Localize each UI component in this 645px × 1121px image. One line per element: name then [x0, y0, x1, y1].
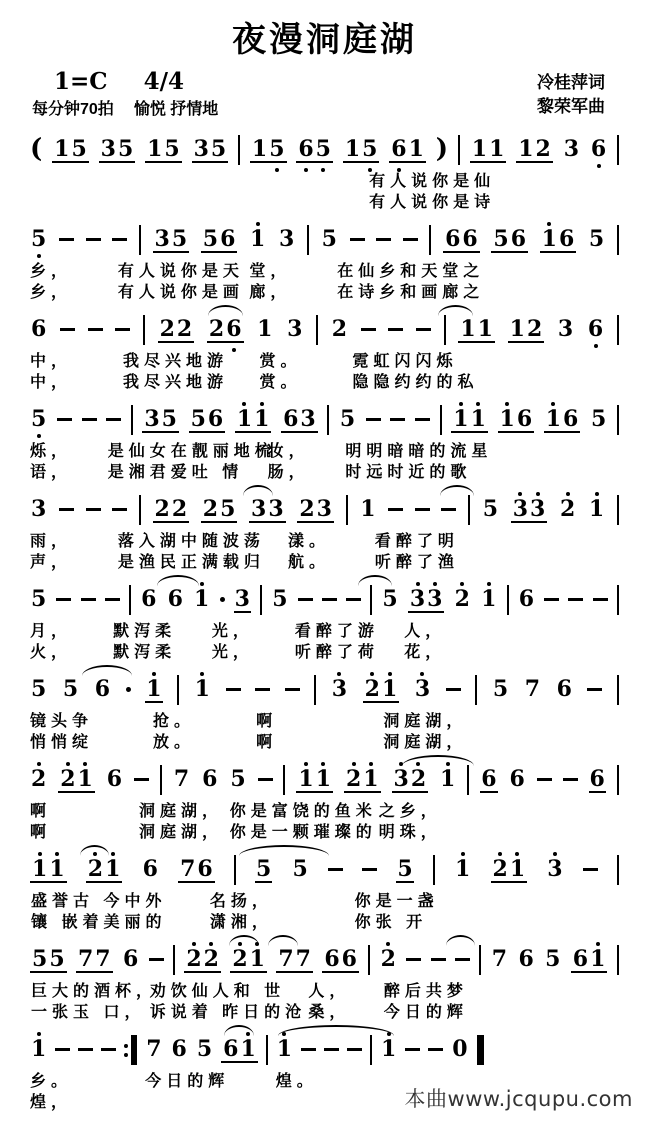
octave-dot-above	[200, 672, 204, 676]
octave-dot-above	[370, 672, 374, 676]
note-digit: 1	[49, 858, 64, 880]
note: 3	[426, 588, 443, 610]
duration-dash	[59, 508, 74, 511]
note: 5	[31, 948, 48, 970]
note-digit: 1	[360, 498, 375, 520]
lyric-segment: 乡。	[30, 1071, 72, 1092]
octave-dot-above	[515, 852, 519, 856]
note-digit: 3	[155, 228, 170, 250]
note: 1	[239, 1038, 256, 1060]
beam-group: 65	[296, 138, 333, 163]
note-digit: 5	[31, 588, 46, 610]
note: 6	[341, 948, 358, 970]
beam-group: 76	[178, 858, 215, 883]
barline	[327, 405, 329, 435]
note-digit: 6	[509, 768, 524, 790]
lyric-segment: 雨，	[30, 531, 72, 552]
note: 2	[171, 498, 188, 520]
note-digit: 2	[60, 768, 75, 790]
beam-group: 26	[207, 318, 244, 343]
note: 5	[381, 588, 398, 610]
note-digit: 1	[460, 318, 475, 340]
duration-dash	[81, 598, 96, 601]
repeat-dot	[124, 1044, 128, 1048]
lyric-line: 语，是湘君爱吐 情肠，时远时近的歌	[30, 462, 619, 483]
note-digit: 6	[590, 768, 605, 790]
note-digit: 1	[316, 768, 331, 790]
note: 1	[477, 318, 494, 340]
lyric-line: 镜头争抢。啊洞庭湖，	[30, 711, 619, 732]
note: 1	[48, 858, 65, 880]
beam-group: 63	[281, 408, 318, 433]
octave-dot-above	[256, 222, 260, 226]
barline	[139, 495, 141, 525]
duration-dash	[388, 328, 403, 331]
slur	[239, 845, 329, 856]
beam-group: 22	[153, 498, 190, 523]
note: 3	[154, 228, 171, 250]
note: 3	[331, 678, 348, 700]
lyric-segment: 有人说你是天	[118, 261, 244, 282]
lyric-segment: 明明暗暗的流星	[345, 441, 492, 462]
note: 2	[185, 948, 202, 970]
note-digit: 1	[589, 498, 604, 520]
note-digit: 1	[345, 138, 360, 160]
note: 3	[316, 498, 333, 520]
lyric-segment: 是仙女在靓丽地梳	[108, 441, 276, 462]
beam-group: 56	[201, 228, 238, 253]
barline	[307, 225, 309, 255]
duration-dash	[101, 1048, 116, 1051]
note-digit: 2	[332, 318, 347, 340]
note-digit: 1	[471, 408, 486, 430]
note: 3	[512, 498, 529, 520]
lyric-segment: 洞庭湖，	[383, 711, 467, 732]
note: 3	[30, 498, 47, 520]
beam-group: 66	[443, 228, 480, 253]
slur	[243, 485, 273, 496]
octave-dot-above	[352, 762, 356, 766]
lyric-line: 啊洞庭湖，你是一颗璀璨的明珠，	[30, 822, 619, 843]
score-header: 1=C4/4 每分钟70拍愉悦 抒情地 冷桂萍词 黎荣军曲	[30, 69, 619, 125]
note-digit: 6	[511, 228, 526, 250]
barline	[617, 675, 619, 705]
note-digit: 6	[202, 768, 217, 790]
note-digit: 3	[427, 588, 442, 610]
lyric-segment: 听醉了渔	[375, 552, 459, 573]
lyric-segment: 有人说你是画	[118, 282, 244, 303]
beam-group: 56	[189, 408, 226, 433]
note-digit: 3	[31, 498, 46, 520]
note: 1	[145, 678, 162, 703]
slur	[157, 575, 199, 586]
lyric-segment: 啊	[30, 822, 51, 843]
duration-dash	[406, 958, 421, 961]
note: 5	[163, 138, 180, 160]
note-digit: 1	[31, 1038, 46, 1060]
duration-dash	[86, 508, 101, 511]
note-digit: 3	[194, 138, 209, 160]
note-digit: 3	[530, 498, 545, 520]
lyric-segment: 月，	[30, 621, 72, 642]
key-signature: 1=C	[54, 68, 108, 95]
duration-dash	[390, 418, 405, 421]
note-digit: 5	[293, 858, 308, 880]
note: 3	[409, 588, 426, 610]
lyric-segment: 花，	[404, 642, 446, 663]
beam-group: 21	[86, 858, 123, 883]
note-digit: 5	[31, 228, 46, 250]
beam-group: 35	[142, 408, 179, 433]
note: 1	[480, 588, 497, 610]
barline	[507, 585, 509, 615]
lyric-segment: 听醉了荷	[295, 642, 379, 663]
duration-dash	[78, 1048, 93, 1051]
note: 3	[267, 498, 284, 520]
note-digit: 3	[564, 138, 579, 160]
note: 3	[286, 318, 303, 340]
barline	[479, 945, 481, 975]
note: 2	[231, 948, 248, 970]
note: 6	[171, 1038, 188, 1060]
beam-group: 16	[544, 408, 581, 433]
octave-dot-above	[476, 402, 480, 406]
note-digit: 2	[172, 498, 187, 520]
barline	[617, 945, 619, 975]
lyric-segment: 镜头争	[30, 711, 93, 732]
octave-dot-above	[152, 672, 156, 676]
octave-dot-above	[433, 582, 437, 586]
note-digit: 5	[220, 498, 235, 520]
repeat-end-sign	[124, 1035, 137, 1065]
lyric-line: 悄悄绽放。啊洞庭湖，	[30, 732, 619, 753]
beam-group: 66	[322, 948, 359, 973]
barline	[234, 855, 236, 885]
repeat-barline	[131, 1035, 137, 1065]
note-digit: 2	[381, 948, 396, 970]
barline	[370, 585, 372, 615]
note-digit: 1	[489, 138, 504, 160]
note-digit: 2	[31, 768, 46, 790]
tempo-line: 每分钟70拍愉悦 抒情地	[32, 96, 619, 119]
lyric-line: 中，我尽兴地游赏。霓虹闪闪烁	[30, 351, 619, 372]
duration-dash	[428, 1048, 443, 1051]
duration-dash	[446, 688, 461, 691]
duration-dash	[112, 508, 127, 511]
note-digit: 3	[317, 498, 332, 520]
octave-dot-above	[596, 942, 600, 946]
barline	[129, 585, 131, 615]
duration-dash	[441, 508, 456, 511]
note-digit: 1	[250, 948, 265, 970]
rest-note: 0	[451, 1038, 468, 1060]
note: 1	[408, 138, 425, 160]
octave-dot-above	[460, 582, 464, 586]
music-line: 22167651121321666	[30, 755, 619, 801]
note: 1	[509, 858, 526, 880]
lyric-segment: 赏。	[260, 351, 302, 372]
lyric-segment: 落入湖中随波荡	[118, 531, 265, 552]
note-digit: 3	[558, 318, 573, 340]
music-line: 535561356656165	[30, 215, 619, 261]
note-digit: 5	[164, 138, 179, 160]
beam-group: 77	[276, 948, 313, 973]
note: 6	[390, 138, 407, 160]
lyricist-credit: 冷桂萍词	[537, 71, 605, 95]
note: 1	[194, 678, 211, 700]
barline	[475, 675, 477, 705]
duration-dash	[366, 418, 381, 421]
lyric-segment: 有人说你是仙	[369, 171, 495, 192]
note-digit: 1	[409, 138, 424, 160]
note-digit: 5	[211, 138, 226, 160]
duration-dash	[255, 688, 270, 691]
note-digit: 6	[123, 948, 138, 970]
note: 5	[30, 408, 47, 430]
note: 6	[558, 228, 575, 250]
note-digit: 6	[208, 408, 223, 430]
note: 2	[380, 948, 397, 970]
note: 2	[331, 318, 348, 340]
octave-dot-above	[37, 1032, 41, 1036]
slur	[446, 935, 476, 946]
music-line: 5577622217766276561	[30, 935, 619, 981]
note-digit: 3	[410, 588, 425, 610]
barline	[177, 675, 179, 705]
duration-dash	[134, 778, 149, 781]
repeat-dots	[124, 1044, 128, 1057]
duration-dash	[301, 1048, 316, 1051]
octave-dot-above	[111, 852, 115, 856]
note-digit: 6	[107, 768, 122, 790]
beam-group: 21	[491, 858, 528, 883]
note: 7	[524, 678, 541, 700]
duration-dash	[568, 598, 583, 601]
note-digit: 1	[590, 948, 605, 970]
note-digit: 1	[195, 678, 210, 700]
lyric-segment: 航。	[288, 552, 330, 573]
note: 1	[53, 138, 70, 160]
beam-group: 16	[498, 408, 535, 433]
note: 2	[345, 768, 362, 790]
beam-group: 55	[30, 948, 67, 973]
note: 7	[277, 948, 294, 970]
duration-dash	[55, 1048, 70, 1051]
note-digit: 3	[144, 408, 159, 430]
note-digit: 2	[232, 948, 247, 970]
note: 1	[517, 138, 534, 160]
lyric-segment: 看醉了游	[295, 621, 379, 642]
lyric-segment: 语，	[30, 462, 72, 483]
lyric-line: 火，默泻柔光，听醉了荷花，	[30, 642, 619, 663]
music-system-1: (1535153515651561)111236有人说你是仙有人说你是诗	[30, 125, 619, 213]
beam-group: 15	[145, 138, 182, 163]
note: 6	[562, 408, 579, 430]
note-digit: 6	[559, 228, 574, 250]
note-digit: 1	[250, 228, 265, 250]
duration-dash	[115, 328, 130, 331]
lyric-segment: 隐隐约约的私	[352, 372, 478, 393]
note: 5	[210, 138, 227, 160]
beam-group: 25	[201, 498, 238, 523]
beam-group: 11	[470, 138, 507, 163]
intro-paren: (	[30, 136, 42, 162]
octave-dot-above	[553, 852, 557, 856]
lyric-segment: 你是一盏	[355, 891, 439, 912]
beam-group: 11	[296, 768, 333, 793]
octave-dot-above	[459, 402, 463, 406]
octave-dot-above	[304, 762, 308, 766]
note-digit: 6	[563, 408, 578, 430]
lyric-segment: 在诗乡和画廊之	[337, 282, 484, 303]
barline	[440, 405, 442, 435]
note-digit: 2	[536, 138, 551, 160]
note: 5	[482, 498, 499, 520]
lyric-segment: 桑，	[308, 1002, 350, 1023]
lyric-segment: 煌。	[276, 1071, 318, 1092]
duration-dash	[82, 418, 97, 421]
lyric-segment: 今日的辉	[145, 1071, 229, 1092]
duration-dash	[350, 238, 365, 241]
note: 5	[544, 948, 561, 970]
barline	[617, 405, 619, 435]
note-digit: 3	[101, 138, 116, 160]
note: 6	[201, 768, 218, 790]
beam-group: 11	[458, 318, 495, 343]
note: 3	[278, 228, 295, 250]
note: 3	[100, 138, 117, 160]
note-digit: 2	[177, 318, 192, 340]
note: 5	[396, 858, 413, 883]
duration-dash	[388, 508, 403, 511]
octave-dot-below	[594, 344, 598, 348]
note-digit: 5	[191, 408, 206, 430]
lyric-line: 巨大的酒杯，劝饮仙人和 世人，醉后共梦	[30, 981, 619, 1002]
note-digit: 6	[298, 138, 313, 160]
note: 2	[454, 588, 471, 610]
note: 1	[589, 948, 606, 970]
slur	[224, 1025, 254, 1036]
note-digit: 6	[462, 228, 477, 250]
note: 2	[535, 138, 552, 160]
barline	[346, 495, 348, 525]
note-digit: 5	[71, 138, 86, 160]
lyric-segment: 洞庭湖，	[139, 801, 223, 822]
note: 2	[559, 498, 576, 520]
note: 1	[276, 1038, 293, 1060]
notation-area: (1535153515651561)111236有人说你是仙有人说你是诗5355…	[30, 125, 619, 1113]
note: 5	[271, 588, 288, 610]
note-digit: 7	[180, 858, 195, 880]
note: 3	[193, 138, 210, 160]
duration-dash	[112, 238, 127, 241]
beam-group: 12	[516, 138, 553, 163]
note: 3	[529, 498, 546, 520]
note: 1	[439, 768, 456, 790]
slur	[358, 575, 391, 586]
barline	[238, 135, 240, 165]
note: 6	[106, 768, 123, 790]
note-digit: 1	[546, 408, 561, 430]
lyric-segment: 今日的辉	[384, 1002, 468, 1023]
note-digit: 5	[493, 678, 508, 700]
octave-dot-above	[337, 672, 341, 676]
note: 5	[268, 138, 285, 160]
note: 5	[171, 228, 188, 250]
barline	[143, 315, 145, 345]
lyric-segment: 诉说着 昨日的沧	[150, 1002, 306, 1023]
note: 1	[315, 768, 332, 790]
note-digit: 1	[500, 408, 515, 430]
lyric-segment: 我尽兴地游	[123, 372, 228, 393]
augmentation-dot	[220, 597, 225, 602]
lyric-line: 月，默泻柔光，看醉了游人，	[30, 621, 619, 642]
note: 6	[518, 588, 535, 610]
barline	[314, 675, 316, 705]
octave-dot-above	[192, 942, 196, 946]
note: 1	[146, 138, 163, 160]
note-digit: 3	[251, 498, 266, 520]
duration-dash	[563, 778, 578, 781]
note-digit: 1	[363, 768, 378, 790]
note-digit: 1	[478, 318, 493, 340]
note-digit: 2	[365, 678, 380, 700]
music-line: 62226132111236	[30, 305, 619, 351]
beam-group: 22	[158, 318, 195, 343]
lyric-segment: 潇湘，	[210, 912, 273, 933]
music-system-4: 53556116351116165烁，是仙女在靓丽地梳妆，明明暗暗的流星语，是湘…	[30, 395, 619, 483]
repeat-dot	[124, 1053, 128, 1057]
note: 2	[154, 498, 171, 520]
note-digit: 1	[240, 1038, 255, 1060]
beam-group: 11	[235, 408, 272, 433]
note: 5	[30, 678, 47, 700]
lyric-segment: 时远时近的歌	[345, 462, 471, 483]
music-line: (1535153515651561)111236	[30, 125, 619, 171]
beam-group: 11	[30, 858, 67, 883]
octave-dot-above	[536, 492, 540, 496]
note: 3	[563, 138, 580, 160]
lyric-segment: 妆，	[268, 441, 310, 462]
note: 5	[190, 408, 207, 430]
note-digit: 5	[545, 948, 560, 970]
lyric-segment: 镶 嵌着美丽的	[31, 912, 166, 933]
note: 7	[77, 948, 94, 970]
note: 6	[196, 858, 213, 880]
note: 2	[176, 318, 193, 340]
note-digit: 7	[146, 1038, 161, 1060]
barline	[429, 225, 431, 255]
lyric-segment: 抢。	[153, 711, 195, 732]
note: 1	[249, 228, 266, 250]
octave-dot-above	[369, 762, 373, 766]
note: 6	[510, 228, 527, 250]
note: 1	[588, 498, 605, 520]
beam-group: 23	[297, 498, 334, 523]
note: 3	[393, 768, 410, 790]
note-digit: 6	[481, 768, 496, 790]
note: 6	[30, 318, 47, 340]
note-digit: 3	[235, 588, 250, 610]
lyric-segment: 巨大的酒杯，	[31, 981, 157, 1002]
lyric-segment: 烁，	[30, 441, 72, 462]
lyric-segment: 中，	[30, 351, 72, 372]
octave-dot-above	[566, 492, 570, 496]
duration-dash	[416, 328, 431, 331]
note-digit: 3	[268, 498, 283, 520]
note-digit: 1	[518, 138, 533, 160]
lyric-segment: 悄悄绽	[30, 732, 93, 753]
